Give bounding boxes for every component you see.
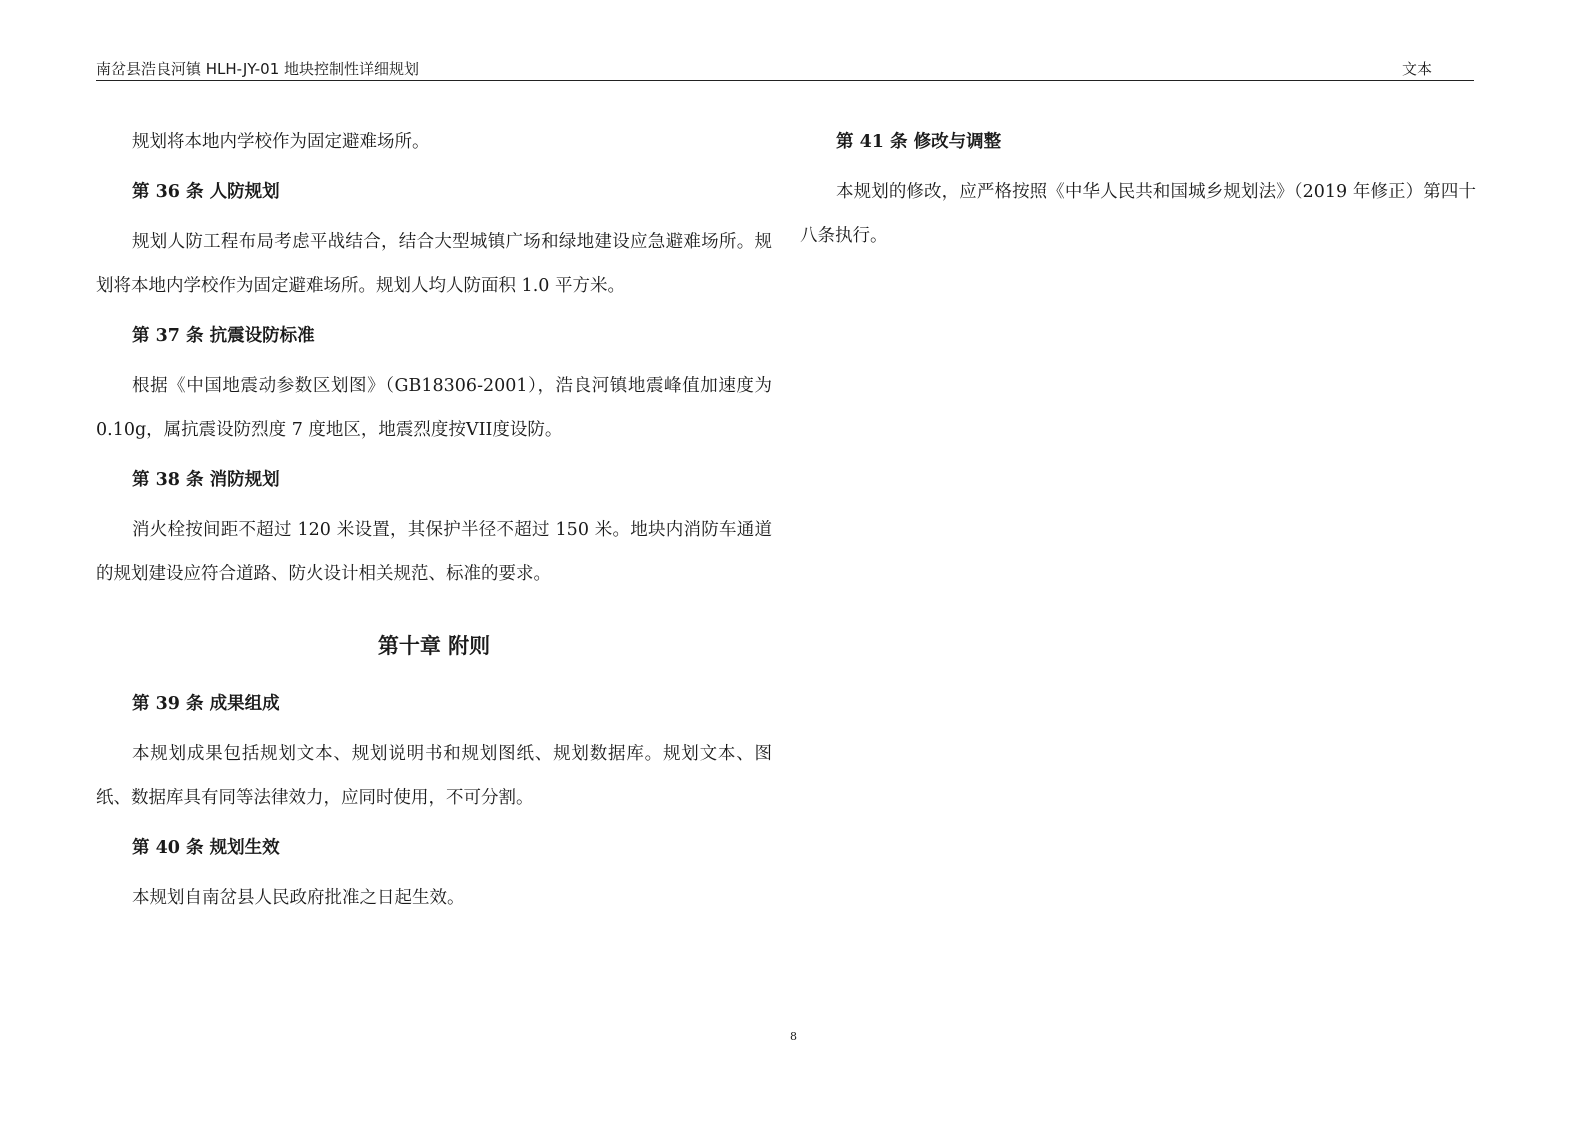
- intro-paragraph: 规划将本地内学校作为固定避难场所。: [96, 120, 772, 164]
- document-title: 南岔县浩良河镇 HLH-JY-01 地块控制性详细规划: [96, 58, 419, 79]
- right-column: 第 41 条 修改与调整 本规划的修改，应严格按照《中华人民共和国城乡规划法》（…: [800, 120, 1476, 264]
- article-36-text: 规划人防工程布局考虑平战结合，结合大型城镇广场和绿地建设应急避难场所。规划将本地…: [96, 220, 772, 308]
- left-column: 规划将本地内学校作为固定避难场所。 第 36 条 人防规划 规划人防工程布局考虑…: [96, 120, 772, 926]
- article-40-heading: 第 40 条 规划生效: [132, 826, 772, 870]
- article-36-heading: 第 36 条 人防规划: [132, 170, 772, 214]
- section-label: 文本: [1402, 58, 1432, 79]
- page-header: 南岔县浩良河镇 HLH-JY-01 地块控制性详细规划 文本: [96, 56, 1474, 81]
- article-39-heading: 第 39 条 成果组成: [132, 682, 772, 726]
- article-41-heading: 第 41 条 修改与调整: [836, 120, 1476, 164]
- article-39-text: 本规划成果包括规划文本、规划说明书和规划图纸、规划数据库。规划文本、图纸、数据库…: [96, 732, 772, 820]
- article-40-text: 本规划自南岔县人民政府批准之日起生效。: [96, 876, 772, 920]
- page-number: 8: [0, 1030, 1587, 1043]
- article-41-text: 本规划的修改，应严格按照《中华人民共和国城乡规划法》（2019 年修正）第四十八…: [800, 170, 1476, 258]
- article-38-text: 消火栓按间距不超过 120 米设置，其保护半径不超过 150 米。地块内消防车通…: [96, 508, 772, 596]
- article-37-heading: 第 37 条 抗震设防标准: [132, 314, 772, 358]
- article-37-text: 根据《中国地震动参数区划图》（GB18306-2001），浩良河镇地震峰值加速度…: [96, 364, 772, 452]
- article-38-heading: 第 38 条 消防规划: [132, 458, 772, 502]
- chapter-heading: 第十章 附则: [96, 624, 772, 668]
